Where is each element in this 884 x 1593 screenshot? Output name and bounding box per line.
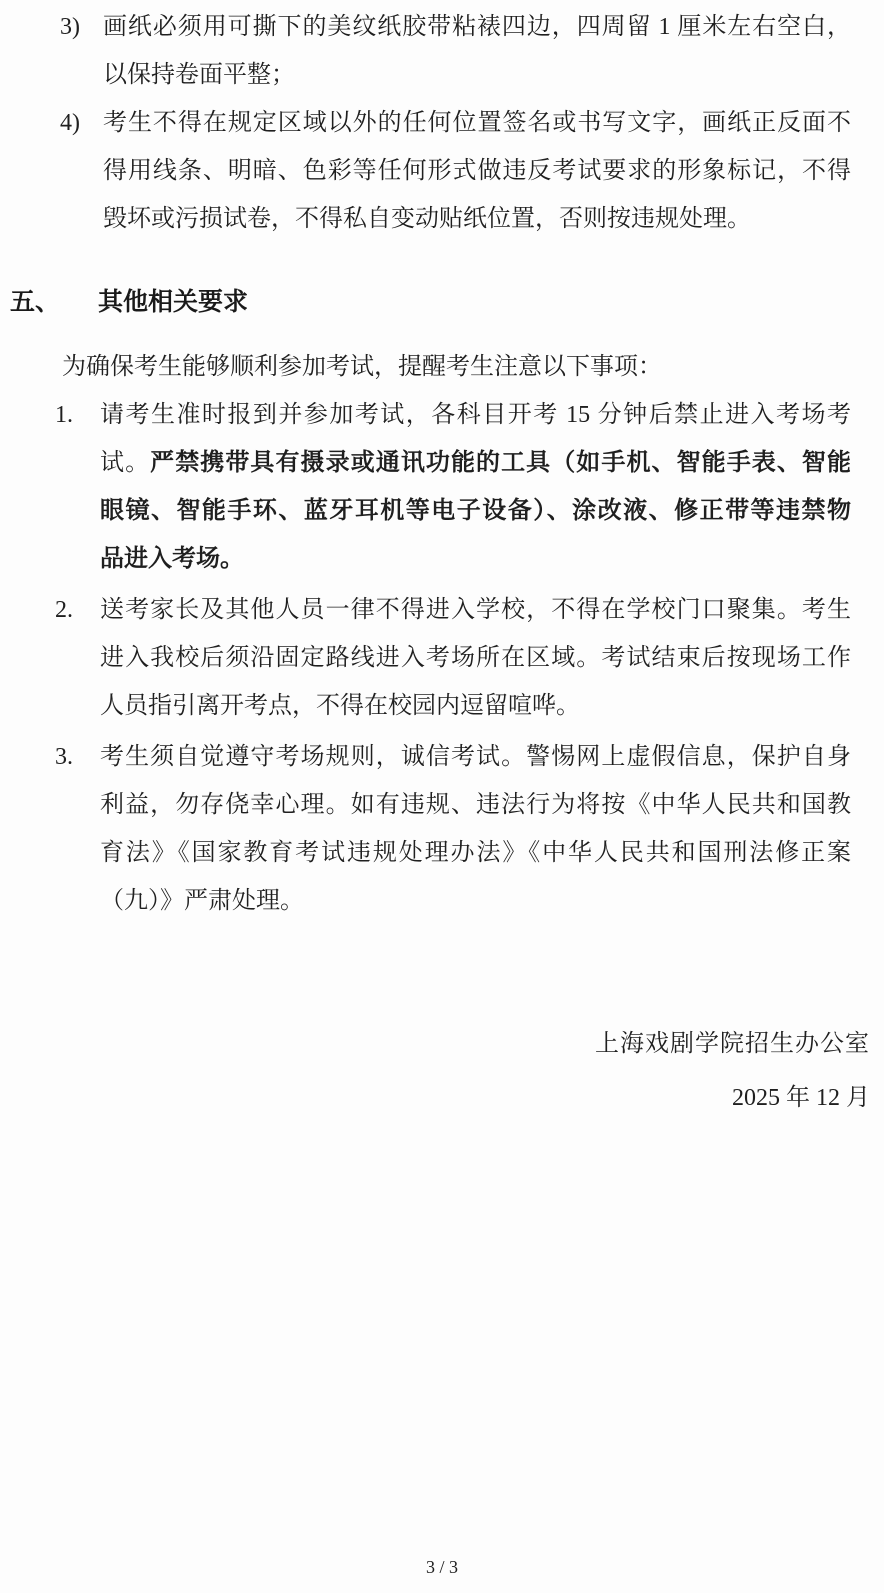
emphasized-text: 品进入考场。 xyxy=(100,545,244,572)
document-line: 品进入考场。 xyxy=(100,535,851,583)
signature-date: 2025 年 12 月 xyxy=(0,1074,870,1128)
list-item: 1.请考生准时报到并参加考试，各科目开考 15 分钟后禁止进入考场考试。严禁携带… xyxy=(55,391,851,583)
body-text: （九）》严肃处理。 xyxy=(100,888,304,914)
section-heading: 五、其他相关要求 xyxy=(10,278,884,326)
body-text: 考生不得在规定区域以外的任何位置签名或书写文字，画纸正反面不 xyxy=(103,110,851,136)
body-text: 送考家长及其他人员一律不得进入学校，不得在学校门口聚集。考生 xyxy=(100,597,851,623)
document-line: 得用线条、明暗、色彩等任何形式做违反考试要求的形象标记，不得 xyxy=(103,147,851,195)
list-marker: 1. xyxy=(55,391,73,439)
list-item: 3.考生须自觉遵守考场规则，诚信考试。警惕网上虚假信息，保护自身利益，勿存侥幸心… xyxy=(55,733,851,925)
document-line: 眼镜、智能手环、蓝牙耳机等电子设备）、涂改液、修正带等违禁物 xyxy=(100,487,851,535)
body-text: 得用线条、明暗、色彩等任何形式做违反考试要求的形象标记，不得 xyxy=(103,158,851,184)
document-line: 进入我校后须沿固定路线进入考场所在区域。考试结束后按现场工作 xyxy=(100,634,851,682)
document-line: 送考家长及其他人员一律不得进入学校，不得在学校门口聚集。考生 xyxy=(100,586,851,634)
list-item: 2.送考家长及其他人员一律不得进入学校，不得在学校门口聚集。考生进入我校后须沿固… xyxy=(55,586,851,730)
page-number: 3 / 3 xyxy=(0,1557,884,1577)
document-line: （九）》严肃处理。 xyxy=(100,877,851,925)
document-line: 毁坏或污损试卷，不得私自变动贴纸位置，否则按违规处理。 xyxy=(103,195,851,243)
paren-numbered-list: 3)画纸必须用可撕下的美纹纸胶带粘裱四边，四周留 1 厘米左右空白，以保持卷面平… xyxy=(0,3,884,243)
list-item: 3)画纸必须用可撕下的美纹纸胶带粘裱四边，四周留 1 厘米左右空白，以保持卷面平… xyxy=(60,3,851,99)
emphasized-text: 严禁携带具有摄录或通讯功能的工具（如手机、智能手表、智能 xyxy=(150,449,851,476)
signature-organization: 上海戏剧学院招生办公室 xyxy=(0,1020,870,1074)
section-title: 其他相关要求 xyxy=(98,288,248,316)
body-text: 人员指引离开考点，不得在校园内逗留喧哗。 xyxy=(100,693,580,719)
document-page: 3)画纸必须用可撕下的美纹纸胶带粘裱四边，四周留 1 厘米左右空白，以保持卷面平… xyxy=(0,0,884,1593)
intro-paragraph: 为确保考生能够顺利参加考试，提醒考生注意以下事项： xyxy=(62,343,851,391)
list-item: 4)考生不得在规定区域以外的任何位置签名或书写文字，画纸正反面不得用线条、明暗、… xyxy=(60,99,851,243)
section-number: 五、 xyxy=(10,278,98,326)
list-marker: 4) xyxy=(60,99,80,147)
body-text: 请考生准时报到并参加考试，各科目开考 15 分钟后禁止进入考场考 xyxy=(100,402,851,428)
body-text: 利益，勿存侥幸心理。如有违规、违法行为将按《中华人民共和国教 xyxy=(100,792,851,818)
body-text: 画纸必须用可撕下的美纹纸胶带粘裱四边，四周留 1 厘米左右空白， xyxy=(103,14,851,40)
body-text: 毁坏或污损试卷，不得私自变动贴纸位置，否则按违规处理。 xyxy=(103,206,751,232)
document-line: 人员指引离开考点，不得在校园内逗留喧哗。 xyxy=(100,682,851,730)
document-line: 育法》《国家教育考试违规处理办法》《中华人民共和国刑法修正案 xyxy=(100,829,851,877)
document-line: 画纸必须用可撕下的美纹纸胶带粘裱四边，四周留 1 厘米左右空白， xyxy=(103,3,851,51)
numbered-list: 1.请考生准时报到并参加考试，各科目开考 15 分钟后禁止进入考场考试。严禁携带… xyxy=(0,391,884,925)
body-text: 育法》《国家教育考试违规处理办法》《中华人民共和国刑法修正案 xyxy=(100,840,851,866)
list-marker: 3. xyxy=(55,733,73,781)
document-line: 请考生准时报到并参加考试，各科目开考 15 分钟后禁止进入考场考 xyxy=(100,391,851,439)
document-line: 考生不得在规定区域以外的任何位置签名或书写文字，画纸正反面不 xyxy=(103,99,851,147)
document-line: 考生须自觉遵守考场规则，诚信考试。警惕网上虚假信息，保护自身 xyxy=(100,733,851,781)
list-marker: 3) xyxy=(60,3,80,51)
body-text: 以保持卷面平整； xyxy=(103,62,295,88)
body-text: 进入我校后须沿固定路线进入考场所在区域。考试结束后按现场工作 xyxy=(100,645,851,671)
list-marker: 2. xyxy=(55,586,73,634)
document-line: 利益，勿存侥幸心理。如有违规、违法行为将按《中华人民共和国教 xyxy=(100,781,851,829)
body-text: 考生须自觉遵守考场规则，诚信考试。警惕网上虚假信息，保护自身 xyxy=(100,744,851,770)
body-text: 试。 xyxy=(100,450,150,476)
document-line: 试。严禁携带具有摄录或通讯功能的工具（如手机、智能手表、智能 xyxy=(100,439,851,487)
signature-block: 上海戏剧学院招生办公室 2025 年 12 月 xyxy=(0,1020,884,1128)
document-line: 以保持卷面平整； xyxy=(103,51,851,99)
emphasized-text: 眼镜、智能手环、蓝牙耳机等电子设备）、涂改液、修正带等违禁物 xyxy=(100,497,851,524)
